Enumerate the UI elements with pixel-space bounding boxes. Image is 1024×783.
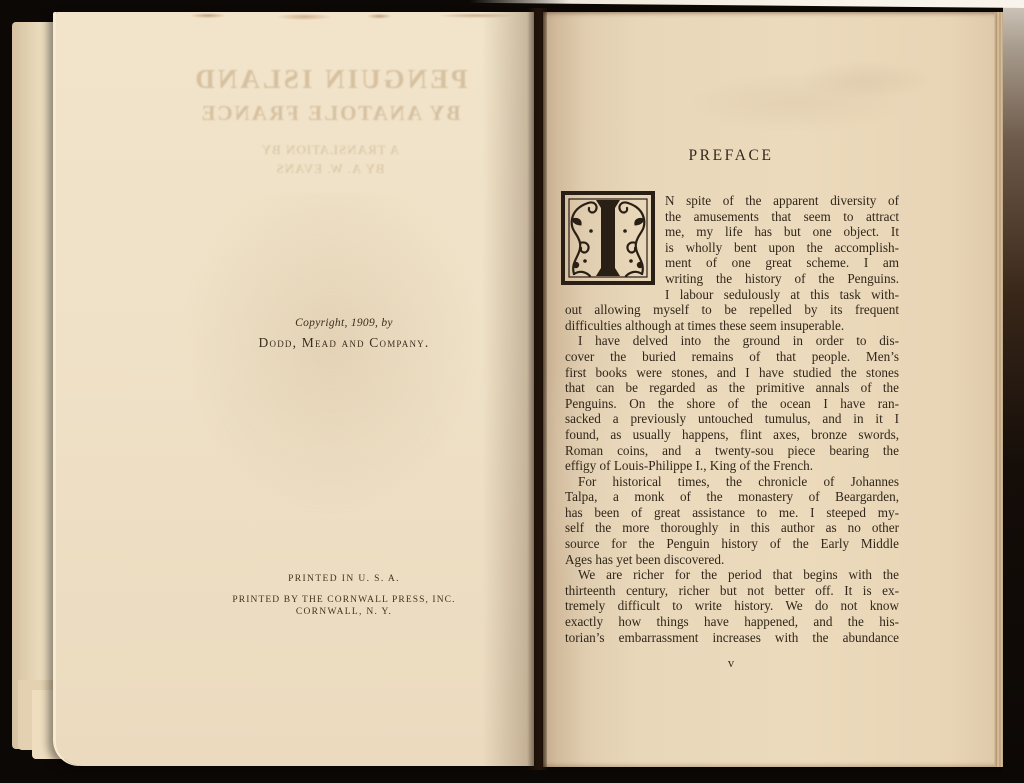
text-line: tremely difficult to write history. We d… — [565, 598, 899, 614]
text-line: exactly how things have happened, and th… — [565, 614, 899, 630]
text-line: cover the buried remains of that people.… — [565, 349, 899, 365]
text-line: Ages has yet been discovered. — [565, 552, 899, 568]
left-page: PENGUIN ISLAND BY ANATOLE FRANCE A TRANS… — [56, 12, 534, 766]
text-line: self the more thoroughly in this author … — [565, 520, 899, 536]
text-line: Roman coins, and a twenty-sou piece bear… — [565, 443, 899, 459]
book-gutter — [527, 8, 547, 770]
copyright-line: Copyright, 1909, by — [154, 317, 534, 329]
right-page: PREFACE — [543, 12, 1005, 767]
text-line: For historical times, the chronicle of J… — [565, 474, 899, 490]
page-top-stains — [116, 12, 534, 24]
text-line: Penguins. On the shore of the ocean I ha… — [565, 396, 899, 412]
text-line: found, as usually happens, flint axes, b… — [565, 427, 899, 443]
publisher-line: Dodd, Mead and Company. — [154, 335, 534, 351]
text-line: has been of great assistance to me. I st… — [565, 505, 899, 521]
scan-edge-highlight — [470, 0, 1024, 8]
emblem-showthrough — [176, 192, 486, 522]
printed-in-line: PRINTED IN U. S. A. — [154, 574, 534, 584]
text-line: I have delved into the ground in order t… — [565, 333, 899, 349]
text-line: sacked a previously untouched tumulus, a… — [565, 411, 899, 427]
copyright-block: Copyright, 1909, by Dodd, Mead and Compa… — [154, 317, 534, 351]
imprint-block: PRINTED IN U. S. A. PRINTED BY THE CORNW… — [154, 574, 534, 617]
paragraph: I have delved into the ground in order t… — [565, 333, 899, 473]
text-line: torian’s embarrassment increases with th… — [565, 630, 899, 646]
text-line: I labour sedulously at this task with- — [565, 287, 899, 303]
text-line: first books were stones, and I have stud… — [565, 365, 899, 381]
open-book-photo: PENGUIN ISLAND BY ANATOLE FRANCE A TRANS… — [0, 0, 1024, 783]
page-number: v — [565, 656, 897, 671]
text-line: thirteenth century, richer but not bette… — [565, 583, 899, 599]
text-line: source for the Penguin history of the Ea… — [565, 536, 899, 552]
text-line: We are richer for the period that begins… — [565, 567, 899, 583]
printer-city-line: CORNWALL, N. Y. — [154, 607, 534, 617]
book-cover-edge — [1003, 0, 1024, 783]
text-line: Talpa, a monk of the monastery of Bearga… — [565, 489, 899, 505]
preface-body: N spite of the apparent diversity ofthe … — [565, 193, 899, 645]
drop-cap-woodcut-I-icon — [561, 191, 655, 285]
paragraph: We are richer for the period that begins… — [565, 567, 899, 645]
text-line: that can be regarded as the primitive an… — [565, 380, 899, 396]
text-line: out allowing myself to be repelled by it… — [565, 302, 899, 318]
left-page-stack-edge — [12, 22, 60, 749]
text-line: effigy of Louis-Philippe I., King of the… — [565, 458, 899, 474]
preface-heading: PREFACE — [565, 147, 897, 165]
paragraph: For historical times, the chronicle of J… — [565, 474, 899, 568]
text-line: difficulties although at times these see… — [565, 318, 899, 334]
paragraph: N spite of the apparent diversity ofthe … — [565, 193, 899, 333]
printer-line: PRINTED BY THE CORNWALL PRESS, INC. — [154, 595, 534, 605]
